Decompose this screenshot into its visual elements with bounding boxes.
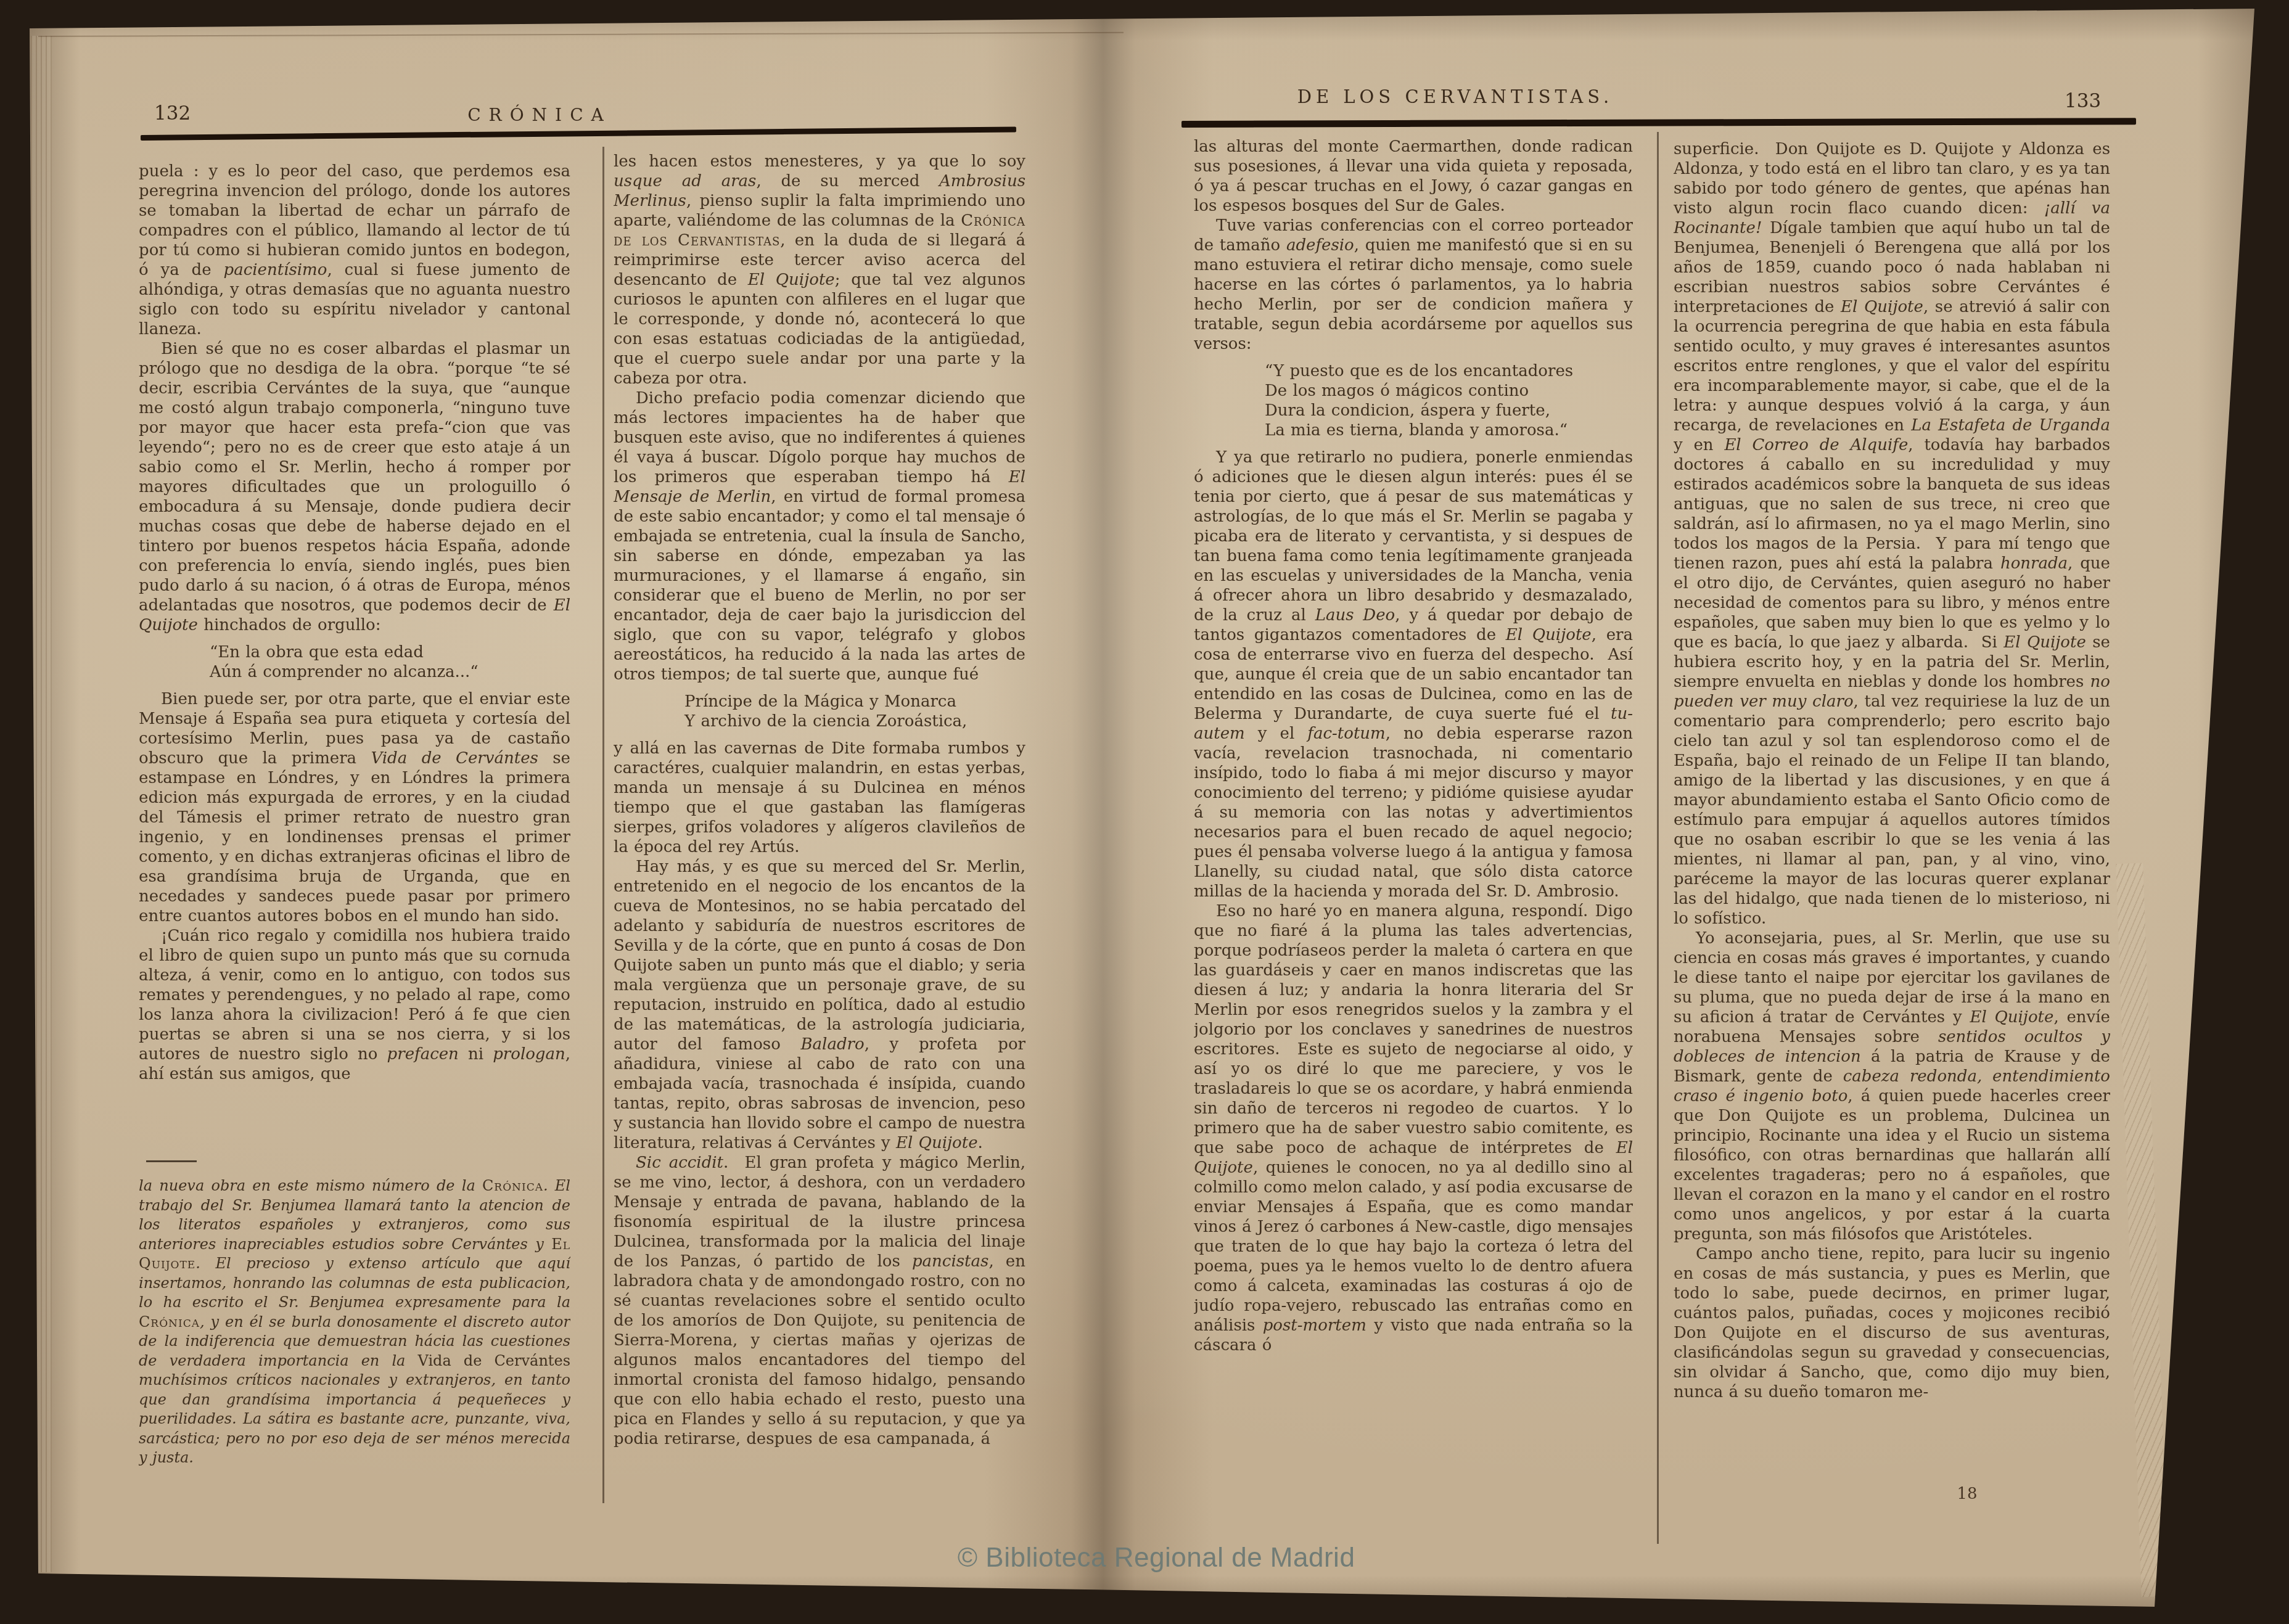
paragraph: Tuve varias conferencias con el correo p… <box>1194 216 1633 354</box>
left-page-column-2: les hacen estos menesteres, y ya que lo … <box>614 152 1025 1514</box>
column-divider-left-page <box>602 147 604 1503</box>
verse-line: Dura la condicion, áspera y fuerte, <box>1265 401 1633 420</box>
verse-line: Príncipe de la Mágica y Monarca <box>684 692 1025 712</box>
page-stack-edge-left <box>31 36 52 1572</box>
paragraph: y allá en las cavernas de Dite formaba r… <box>614 739 1025 857</box>
paragraph: Sic accidit. El gran profeta y mágico Me… <box>614 1153 1025 1449</box>
column-divider-right-page <box>1657 132 1659 1544</box>
right-page-column-2: superficie. Don Quijote es D. Quijote y … <box>1674 139 2110 1505</box>
paragraph: Eso no haré yo en manera alguna, respond… <box>1194 901 1633 1355</box>
page-number-left: 132 <box>154 102 191 125</box>
page-edge-line <box>38 32 1124 37</box>
verse-block: “En la obra que esta edadAún á comprende… <box>210 642 570 682</box>
book-spread: 132 CRÓNICA puela : y es lo peor del cas… <box>0 0 2289 1624</box>
verse-line: De los magos ó mágicos contino <box>1265 381 1633 401</box>
verse-line: Y archivo de la ciencia Zoroástica, <box>684 712 1025 731</box>
left-page-column-1: puela : y es lo peor del caso, que perde… <box>139 162 570 1151</box>
header-rule-left <box>141 126 1016 141</box>
paragraph: Bien sé que no es coser albardas el plas… <box>139 339 570 635</box>
paragraph: Dicho prefacio podia comenzar diciendo q… <box>614 388 1025 684</box>
paragraph: Bien puede ser, por otra parte, que el e… <box>139 689 570 926</box>
scanned-book-photo: { "watermark": "© Biblioteca Regional de… <box>0 0 2289 1624</box>
verse-line: “En la obra que esta edad <box>210 642 570 662</box>
running-head-left: CRÓNICA <box>395 105 684 125</box>
signature-mark: 18 <box>1942 1485 1992 1503</box>
page-number-right: 133 <box>2065 90 2101 112</box>
verse-block: “Y puesto que es de los encantadoresDe l… <box>1265 361 1633 440</box>
right-page-column-1: las alturas del monte Caermarthen, donde… <box>1194 137 1633 1481</box>
paragraph: Yo aconsejaria, pues, al Sr. Merlin, que… <box>1674 929 2110 1244</box>
paragraph: superficie. Don Quijote es D. Quijote y … <box>1674 139 2110 929</box>
verse-line: Aún á comprender no alcanza...“ <box>210 662 570 682</box>
paragraph: Hay más, y es que su merced del Sr. Merl… <box>614 857 1025 1153</box>
paragraph: Campo ancho tiene, repito, para lucir su… <box>1674 1244 2110 1402</box>
paragraph: les hacen estos menesteres, y ya que lo … <box>614 152 1025 388</box>
header-rule-right <box>1181 118 2136 128</box>
paragraph: la nueva obra en este mismo número de la… <box>139 1176 570 1468</box>
paragraph: ¡Cuán rico regalo y comidilla nos hubier… <box>139 926 570 1084</box>
library-watermark: © Biblioteca Regional de Madrid <box>888 1543 1424 1573</box>
paragraph: las alturas del monte Caermarthen, donde… <box>1194 137 1633 216</box>
verse-block: Príncipe de la Mágica y MonarcaY archivo… <box>684 692 1025 731</box>
page-stack-edge-right <box>2116 863 2169 1597</box>
verse-line: “Y puesto que es de los encantadores <box>1265 361 1633 381</box>
running-head-right: DE LOS CERVANTISTAS. <box>1258 86 1653 107</box>
footnote-separator <box>146 1160 197 1162</box>
left-page-footnote: la nueva obra en este mismo número de la… <box>139 1176 570 1494</box>
verse-line: La mia es tierna, blanda y amorosa.“ <box>1265 420 1633 440</box>
paragraph: puela : y es lo peor del caso, que perde… <box>139 162 570 339</box>
paragraph: Y ya que retirarlo no pudiera, ponerle e… <box>1194 448 1633 901</box>
